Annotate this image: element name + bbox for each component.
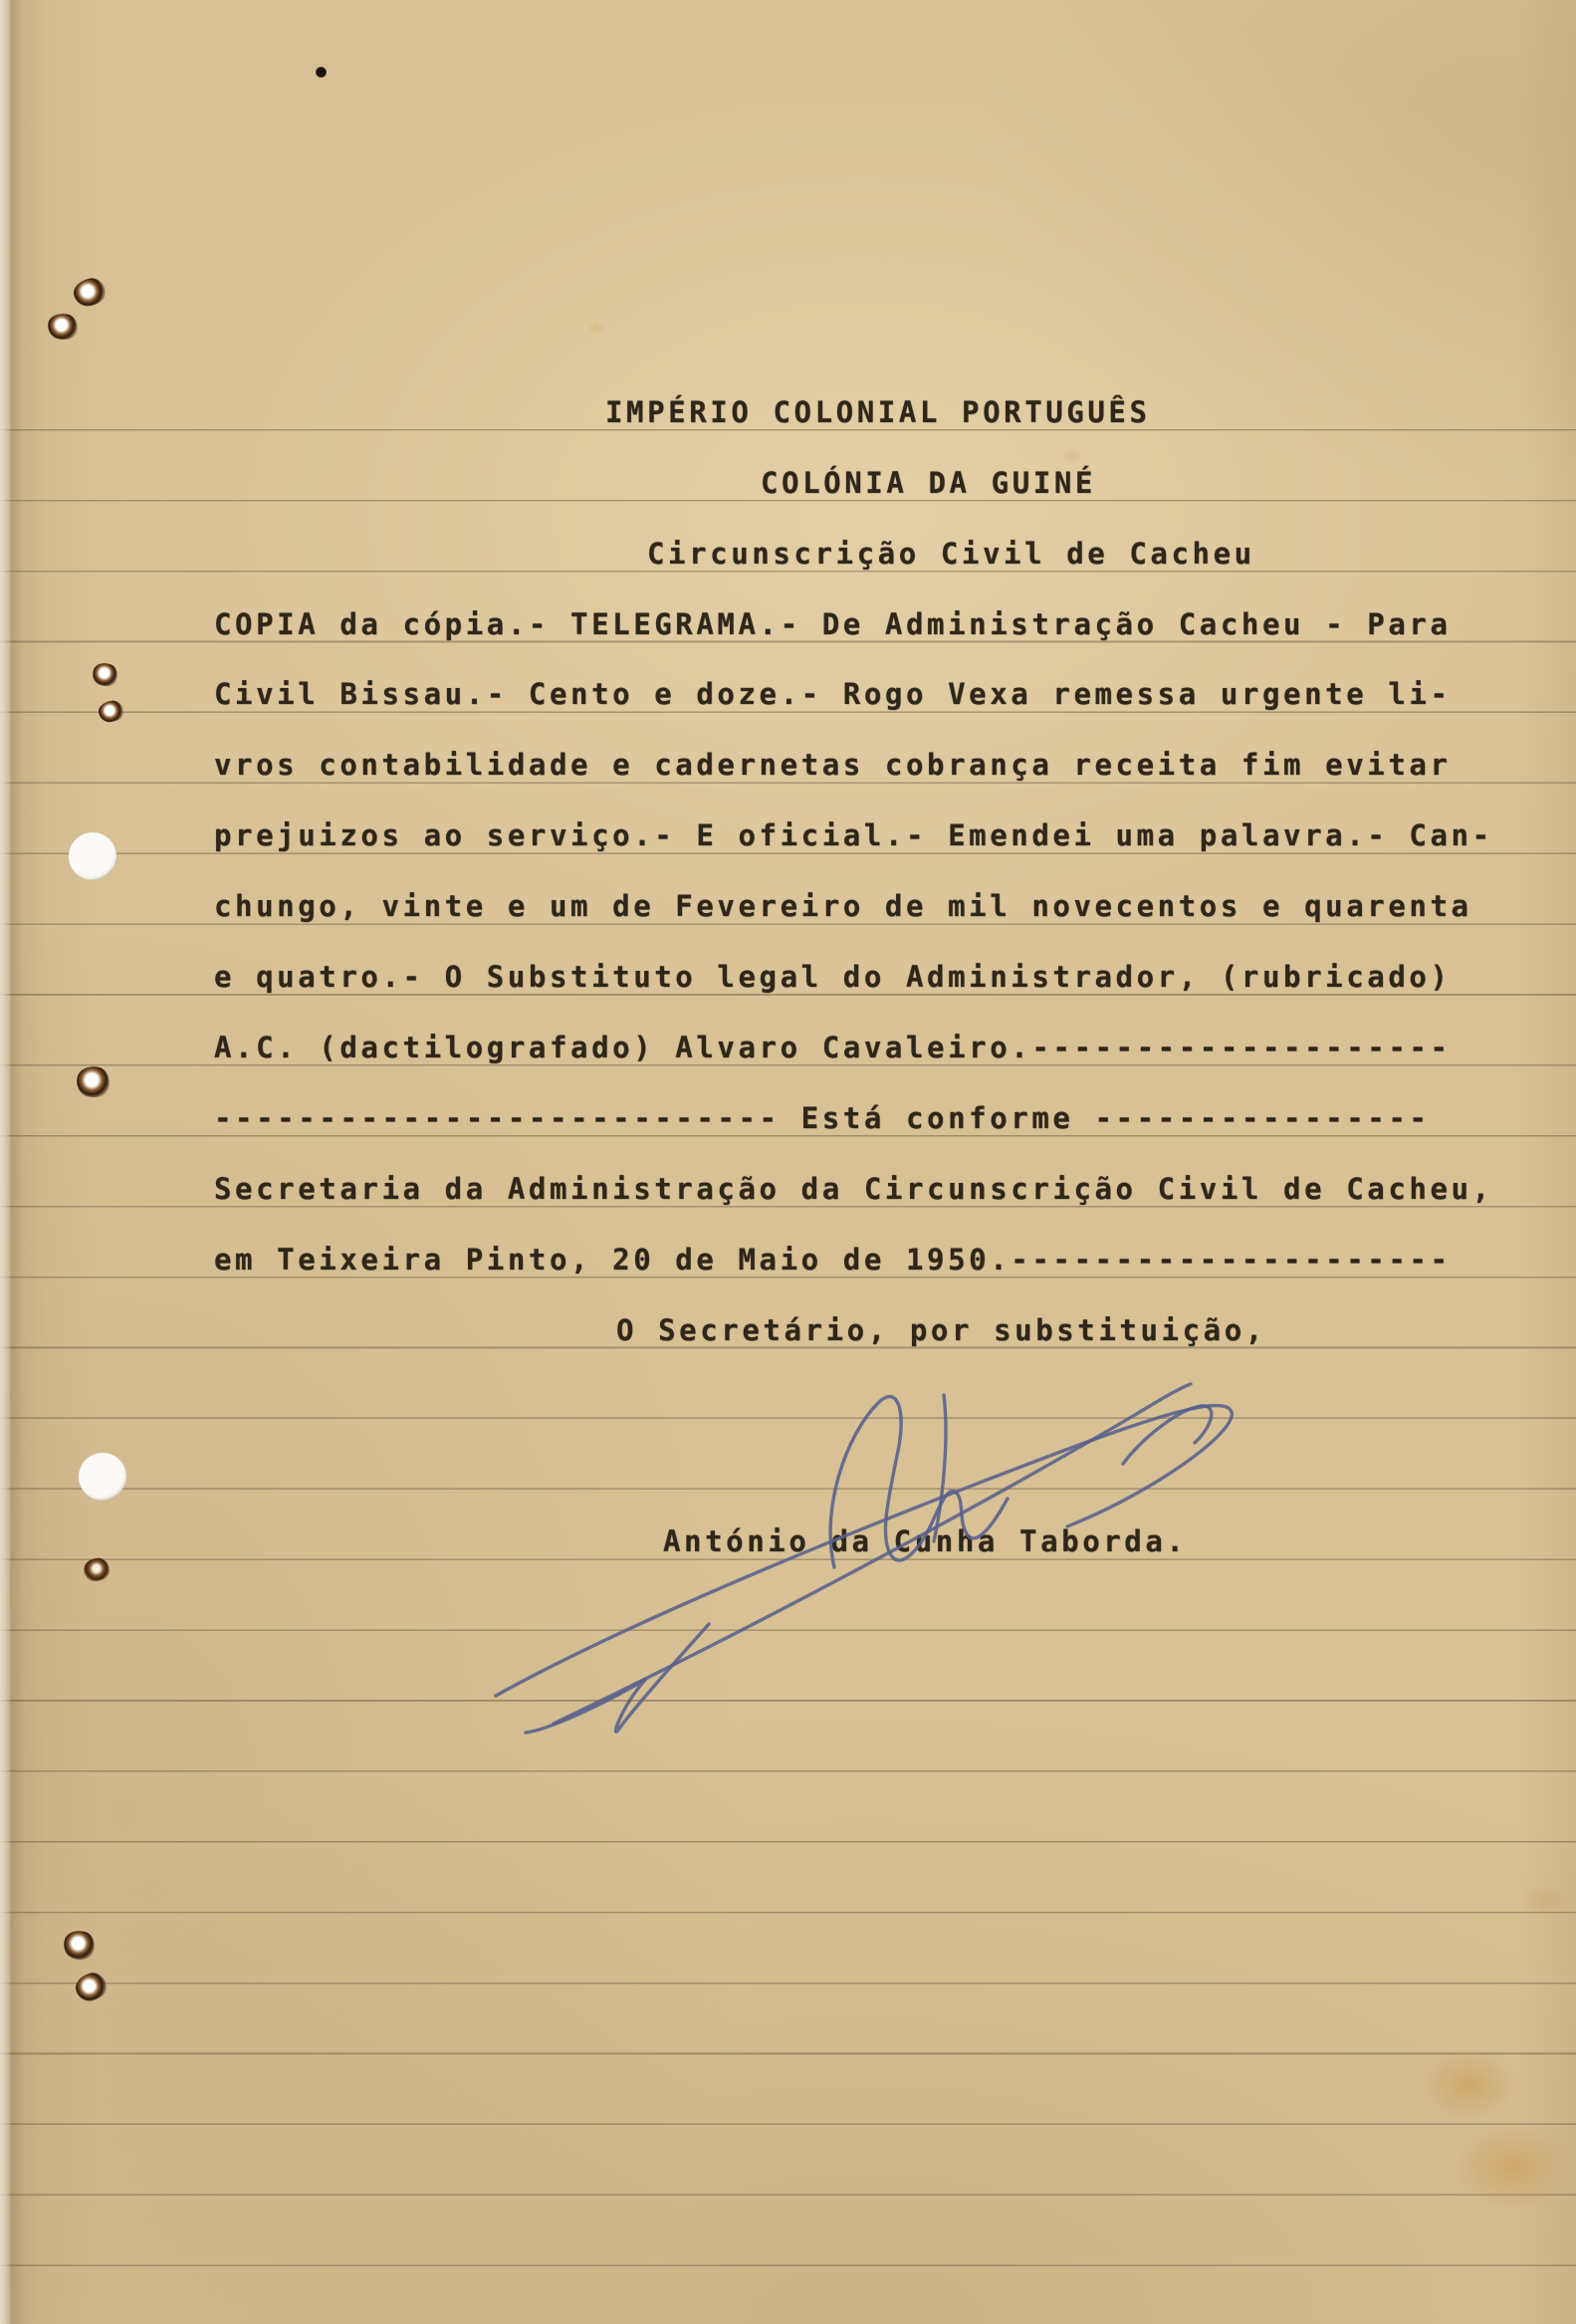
worm-hole	[98, 699, 125, 723]
worm-hole	[73, 1970, 111, 2004]
worm-hole	[90, 659, 120, 689]
stain	[1456, 2123, 1570, 2210]
stain	[587, 321, 605, 336]
body-line: chungo, vinte e um de Fevereiro de mil n…	[214, 889, 1472, 923]
body-line: em Teixeira Pinto, 20 de Maio de 1950.--…	[214, 1243, 1452, 1277]
worm-hole	[74, 1063, 113, 1100]
scanned-telegram-document: IMPÉRIO COLONIAL PORTUGUÊS COLÓNIA DA GU…	[0, 0, 1576, 2324]
body-line: A.C. (dactilografado) Alvaro Cavaleiro.-…	[214, 1031, 1452, 1064]
ink-dot	[316, 67, 327, 78]
header-district-title: Circunscrição Civil de Cacheu	[647, 537, 1255, 571]
header-colony-title: COLÓNIA DA GUINÉ	[761, 466, 1096, 500]
punch-hole	[79, 1453, 126, 1501]
signatory-name: António da Cunha Taborda.	[663, 1524, 1188, 1558]
stain	[1061, 448, 1083, 464]
stain	[1521, 1884, 1567, 1918]
body-line: vros contabilidade e cadernetas cobrança…	[214, 748, 1452, 782]
worm-hole	[71, 276, 109, 310]
punch-hole	[69, 832, 116, 880]
body-line: e quatro.- O Substituto legal do Adminis…	[214, 960, 1452, 994]
signature-scrawl	[418, 1369, 1264, 1747]
body-line: --------------------------- Está conform…	[214, 1101, 1430, 1135]
body-line: Civil Bissau.- Cento e doze.- Rogo Vexa …	[214, 677, 1452, 711]
header-empire-title: IMPÉRIO COLONIAL PORTUGUÊS	[605, 395, 1151, 429]
stain	[1422, 2049, 1516, 2121]
body-line: COPIA da cópia.- TELEGRAMA.- De Administ…	[214, 607, 1452, 641]
worm-hole	[61, 1927, 99, 1963]
body-line: prejuizos ao serviço.- E oficial.- Emend…	[214, 818, 1493, 852]
paper-edge-shadow	[10, 0, 24, 2324]
body-line: Secretaria da Administração da Circunscr…	[214, 1172, 1493, 1206]
worm-hole	[46, 312, 80, 342]
worm-hole	[83, 1557, 111, 1583]
secretary-line: O Secretário, por substituição,	[616, 1313, 1266, 1347]
